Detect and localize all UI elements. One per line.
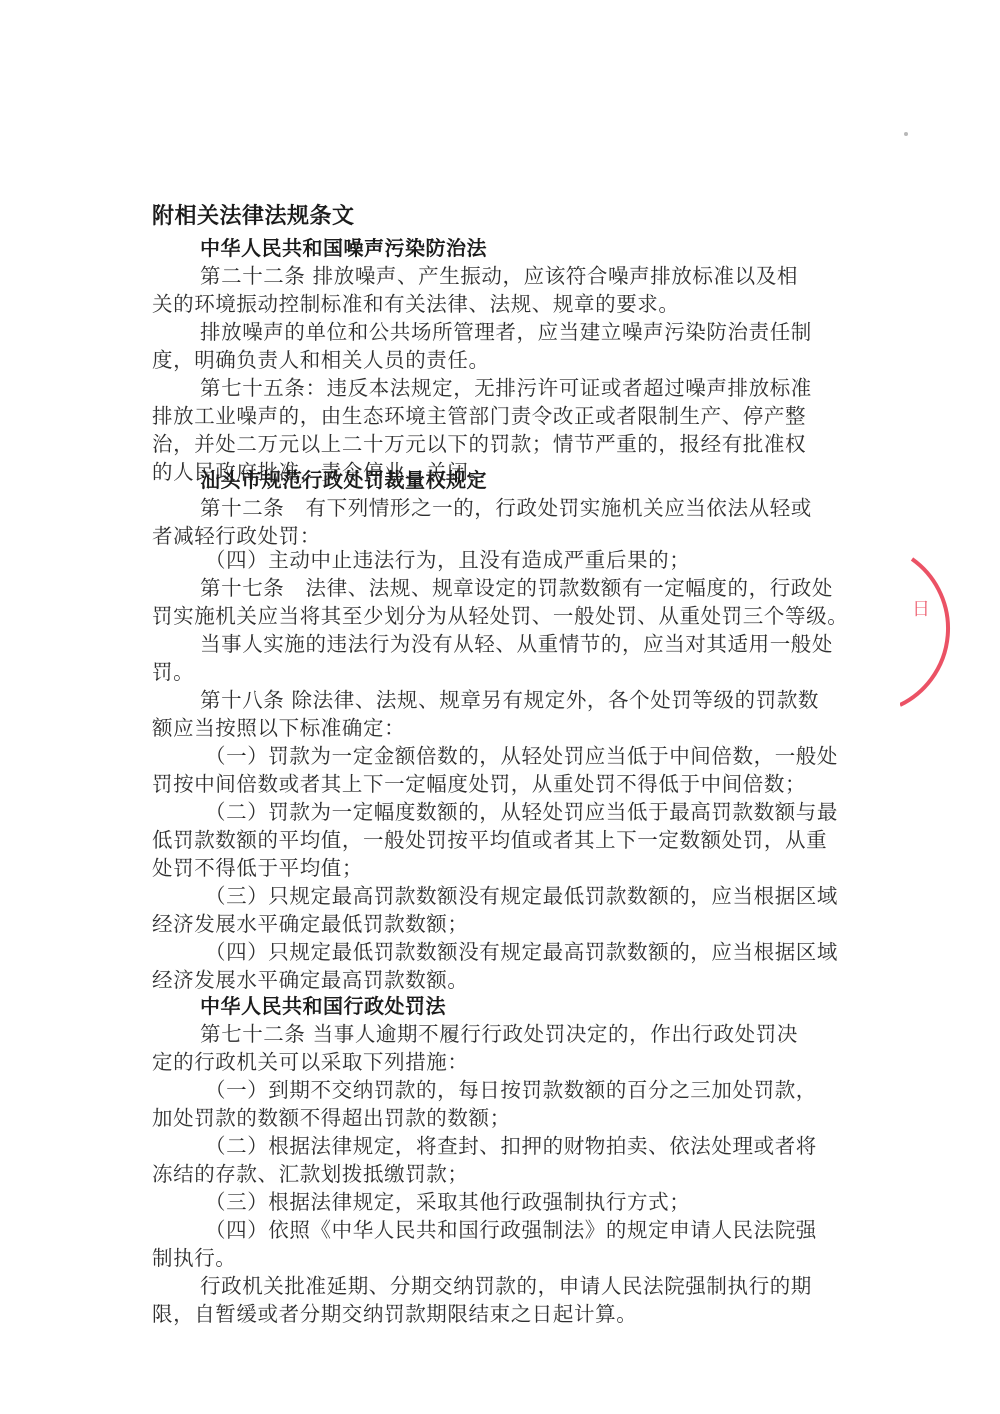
text-line: 排放工业噪声的，由生态环境主管部门责令改正或者限制生产、停产整 [152,402,806,430]
text-line: 第十七条 法律、法规、规章设定的罚款数额有一定幅度的，行政处 [200,574,833,602]
text-line: （二）根据法律规定，将查封、扣押的财物拍卖、依法处理或者将 [205,1132,817,1160]
text-line: 第十二条 有下列情形之一的，行政处罚实施机关应当依法从轻或 [200,494,812,522]
text-line: 关的环境振动控制标准和有关法律、法规、规章的要求。 [152,290,680,318]
text-line: 罚按中间倍数或者其上下一定幅度处罚，从重处罚不得低于中间倍数； [152,770,806,798]
section-heading-noise-law: 中华人民共和国噪声污染防治法 [200,234,487,262]
document-page: 附相关法律法规条文 中华人民共和国噪声污染防治法 第二十二条 排放噪声、产生振动… [0,0,1000,1414]
text-line: 制执行。 [152,1244,236,1272]
text-line: 经济发展水平确定最高罚款数额。 [152,966,469,994]
text-line: 第七十五条：违反本法规定，无排污许可证或者超过噪声排放标准 [200,374,812,402]
scan-speck [904,132,908,136]
text-line: 限，自暂缓或者分期交纳罚款期限结束之日起计算。 [152,1300,637,1328]
text-line: 第二十二条 排放噪声、产生振动，应该符合噪声排放标准以及相 [200,262,798,290]
text-line: （四）主动中止违法行为，且没有造成严重后果的； [205,546,690,574]
text-line: （三）只规定最高罚款数额没有规定最低罚款数额的，应当根据区域 [205,882,838,910]
text-line: 罚。 [152,658,194,686]
text-line: （一）到期不交纳罚款的，每日按罚款数额的百分之三加处罚款， [205,1076,817,1104]
text-line: 经济发展水平确定最低罚款数额； [152,910,469,938]
text-line: 定的行政机关可以采取下列措施： [152,1048,469,1076]
text-line: （一）罚款为一定金额倍数的，从轻处罚应当低于中间倍数，一般处 [205,742,838,770]
text-line: （二）罚款为一定幅度数额的，从轻处罚应当低于最高罚款数额与最 [205,798,838,826]
text-line: 排放噪声的单位和公共场所管理者，应当建立噪声污染防治责任制 [200,318,812,346]
text-line: （三）根据法律规定，采取其他行政强制执行方式； [205,1188,690,1216]
text-line: 额应当按照以下标准确定： [152,714,405,742]
text-line: 加处罚款的数额不得超出罚款的数额； [152,1104,511,1132]
text-line: （四）依照《中华人民共和国行政强制法》的规定申请人民法院强 [205,1216,817,1244]
text-line: 当事人实施的违法行为没有从轻、从重情节的，应当对其适用一般处 [200,630,833,658]
text-line: 行政机关批准延期、分期交纳罚款的，申请人民法院强制执行的期 [200,1272,812,1300]
text-line: 度，明确负责人和相关人员的责任。 [152,346,490,374]
text-line: 治，并处二万元以上二十万元以下的罚款；情节严重的，报经有批准权 [152,430,806,458]
text-line: 冻结的存款、汇款划拨抵缴罚款； [152,1160,469,1188]
text-line: 第七十二条 当事人逾期不履行行政处罚决定的，作出行政处罚决 [200,1020,798,1048]
section-heading-admin-penalty-law: 中华人民共和国行政处罚法 [200,992,446,1020]
text-line: 处罚不得低于平均值； [152,854,363,882]
text-line: 第十八条 除法律、法规、规章另有规定外，各个处罚等级的罚款数 [200,686,819,714]
text-line: 低罚款数额的平均值，一般处罚按平均值或者其上下一定数额处罚，从重 [152,826,827,854]
svg-text:日: 日 [912,599,930,620]
text-line: （四）只规定最低罚款数额没有规定最高罚款数额的，应当根据区域 [205,938,838,966]
text-line: 罚实施机关应当将其至少划分为从轻处罚、一般处罚、从重处罚三个等级。 [152,602,848,630]
official-seal-stamp: 日 [900,550,1000,710]
section-heading-shantou-rules: 汕头市规范行政处罚裁量权规定 [200,466,487,494]
document-title: 附相关法律法规条文 [152,203,355,231]
